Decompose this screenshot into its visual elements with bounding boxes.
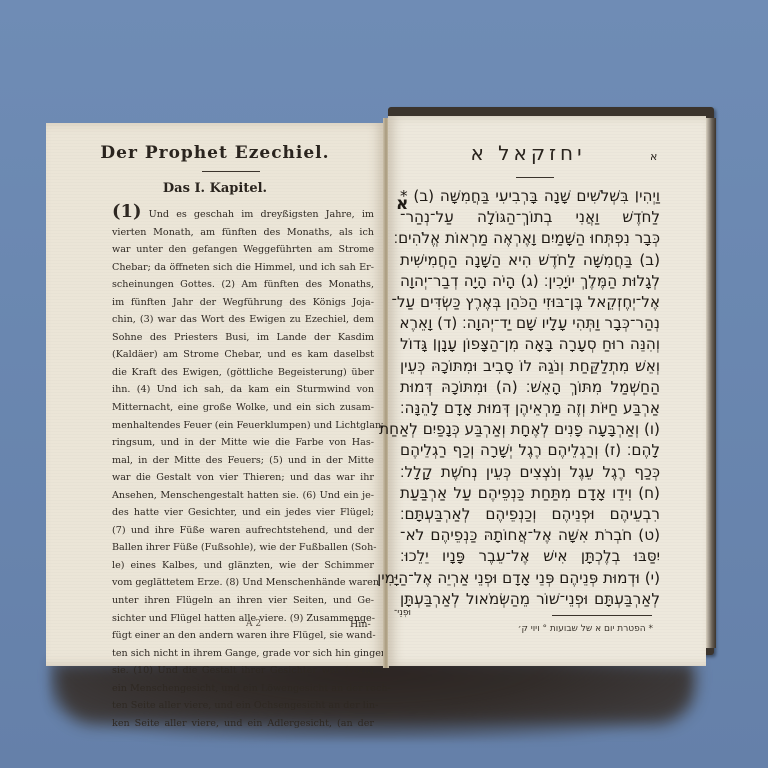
text-line: chin, (3) war das Wort des Ewigen zu Eze… [112,311,374,329]
text-line: ein Menschengesicht, und ein Löwengesich… [112,680,374,698]
text-line: mal, in der Mitte des Feuers; (5) und in… [112,452,374,470]
text-line: (ו) וְאַרְבָּעָה פָנִים לְאֶחָת וְאַרְבַ… [400,419,660,440]
text-line: menhaltendes Feuer (ein Feuerklumpen) un… [112,417,374,435]
text-line: scheinungen Gottes. (2) Am fünften des M… [112,276,374,294]
text-line: die Kraft des Ewigen, (göttliche Begeist… [112,364,374,382]
catchword-hebrew: וּפְנֵי־ [394,608,411,618]
text-line: (ב) בַּחֲמִשָּׁה לַחֹדֶשׁ הִיא הַשָּׁנָה… [400,250,660,271]
text-line: לְגָלוּת הַמֶּלֶךְ יוֹיָכִין׃ (ג) הָיֹה … [400,271,660,292]
text-line: im fünften Jahr der Wegführung des König… [112,294,374,312]
text-line: אַרְבַּע חַיּוֹת וְזֶה מַרְאֵיהֶן דְּמוּ… [400,398,660,419]
text-line: Mitternacht, eine große Wolke, und ein s… [112,399,374,417]
text-line: ten sich nicht in ihrem Gange, grade vor… [112,645,374,663]
text-line: ringsum, und in der Mitte wie die Farbe … [112,434,374,452]
title-rule [516,177,554,178]
text-line: war die Gestalt von vier Thieren; und da… [112,469,374,487]
text-line: vierten Monath, am fünften des Monaths, … [112,224,374,242]
text-line: vom geglättetem Erze. (8) Und Menschenhä… [112,574,374,592]
text-line: כְּכַף רֶגֶל עֵגֶל וְנֹצְצִים כְּעֵין נְ… [400,462,660,483]
page-title: Der Prophet Ezechiel. [46,143,384,163]
hebrew-text-body: וַיְהִי׀ בִּשְׁלֹשִׁים שָׁנָה בָּרְבִיעִ… [400,186,660,610]
text-line: des hatte vier Gesichter, und ein jedes … [112,504,374,522]
text-line: (ט) חֹבְרֹת אִשָּׁה אֶל־אֲחוֹתָהּ כַּנְפ… [400,525,660,546]
text-line: Ansehen, Menschengestalt hatten sie. (6)… [112,487,374,505]
chapter-heading: Das I. Kapitel. [46,181,384,196]
text-line: Chebar; da öffneten sich die Himmel, und… [112,259,374,277]
right-page-hebrew: יחזקאל א א וַיְהִי׀ בִּשְׁלֹשִׁים שָׁנָה… [388,116,706,666]
text-line: רִבְעֵיהֶם וּפְנֵיהֶם וְכַנְפֵיהֶם לְאַר… [400,504,660,525]
text-line: sichter und Flügel hatten alle viere. (9… [112,610,374,628]
text-line: (י) וּדְמוּת פְּנֵיהֶם פְּנֵי אָדָם וּפְ… [400,568,660,589]
footnote-rule [552,615,652,616]
text-line: לָהֶם׃ (ז) וְרַגְלֵיהֶם רֶגֶל יְשָׁרָה ו… [400,440,660,461]
text-line: וַיְהִי׀ בִּשְׁלֹשִׁים שָׁנָה בָּרְבִיעִ… [400,186,660,207]
text-line: le) eines Kalbes, und glänzten, wie der … [112,557,374,575]
text-line: war unter den gefangen Weggeführten am S… [112,241,374,259]
german-text-body: (1) Und es geschah im dreyßigsten Jahre,… [112,203,374,732]
title-rule [202,171,260,172]
text-line: (1) Und es geschah im dreyßigsten Jahre,… [112,203,374,224]
text-line: לַחֹדֶשׁ וַאֲנִי בְתוֹךְ־הַגּוֹלָה עַל־נ… [400,207,660,228]
text-line: unter ihren Flügeln an ihren vier Seiten… [112,592,374,610]
footnote: * הפטרת יום א של שבועות ° ויוי ק׳ [488,624,653,634]
page-title-hebrew: יחזקאל א [428,141,628,165]
text-line: (ח) וִידֵו אָדָם מִתַּחַת כַּנְפֵיהֶם עַ… [400,483,660,504]
text-line: (7) und ihre Füße waren aufrechtstehend,… [112,522,374,540]
signature-mark: A 2 [246,619,261,629]
catchword: Hin- [350,619,371,630]
text-line: sie. (10) Und die Gestalt ihrer Gesichte… [112,662,374,680]
text-line: הַחַשְׁמַל מִתּוֹךְ הָאֵשׁ׃ (ה) וּמִתּוֹ… [400,377,660,398]
text-line: ten Seite aller viere, und ein Ochsenges… [112,697,374,715]
text-line: וְאֵשׁ מִתְלַקַּחַת וְנֹגַהּ לוֹ סָבִיב … [400,356,660,377]
text-line: וְהִנֵּה רוּחַ סְעָרָה בָּאָה מִן־הַצָּפ… [400,334,660,355]
verse-marker: א [396,194,408,214]
text-line: ihn. (4) Und ich sah, da kam ein Sturmwi… [112,381,374,399]
book-fore-edge [706,118,716,648]
text-line: ken Seite aller viere, und ein Adlergesi… [112,715,374,733]
text-line: אֶל־יְחֶזְקֵאל בֶּן־בּוּזִי הַכֹּהֵן בְּ… [400,292,660,313]
text-line: כְּבָר נִפְתְּחוּ הַשָּׁמַיִם וָאֶרְאֶה … [400,228,660,249]
text-line: יִסַּבּוּ בְלֶכְתָּן אִישׁ אֶל־עֵבֶר פָּ… [400,546,660,567]
text-line: נְהַר־כְּבָר וַתְּהִי עָלָיו שָׁם יַד־יְ… [400,313,660,334]
text-line: לְאַרְבַּעְתָּם וּפְנֵי־שׁוֹר מֵהַשְּׂמֹ… [400,589,660,610]
corner-chapter-mark: א [650,150,657,163]
text-line: Sohne des Priesters Busi, im Lande der K… [112,329,374,347]
text-line: Ballen ihrer Füße (Fußsohle), wie der Fu… [112,539,374,557]
text-line: (Kaldäer) am Strome Chebar, und es kam d… [112,346,374,364]
left-page-german: Der Prophet Ezechiel. Das I. Kapitel. (1… [46,123,384,666]
text-line: fügt einer an den andern waren ihre Flüg… [112,627,374,645]
